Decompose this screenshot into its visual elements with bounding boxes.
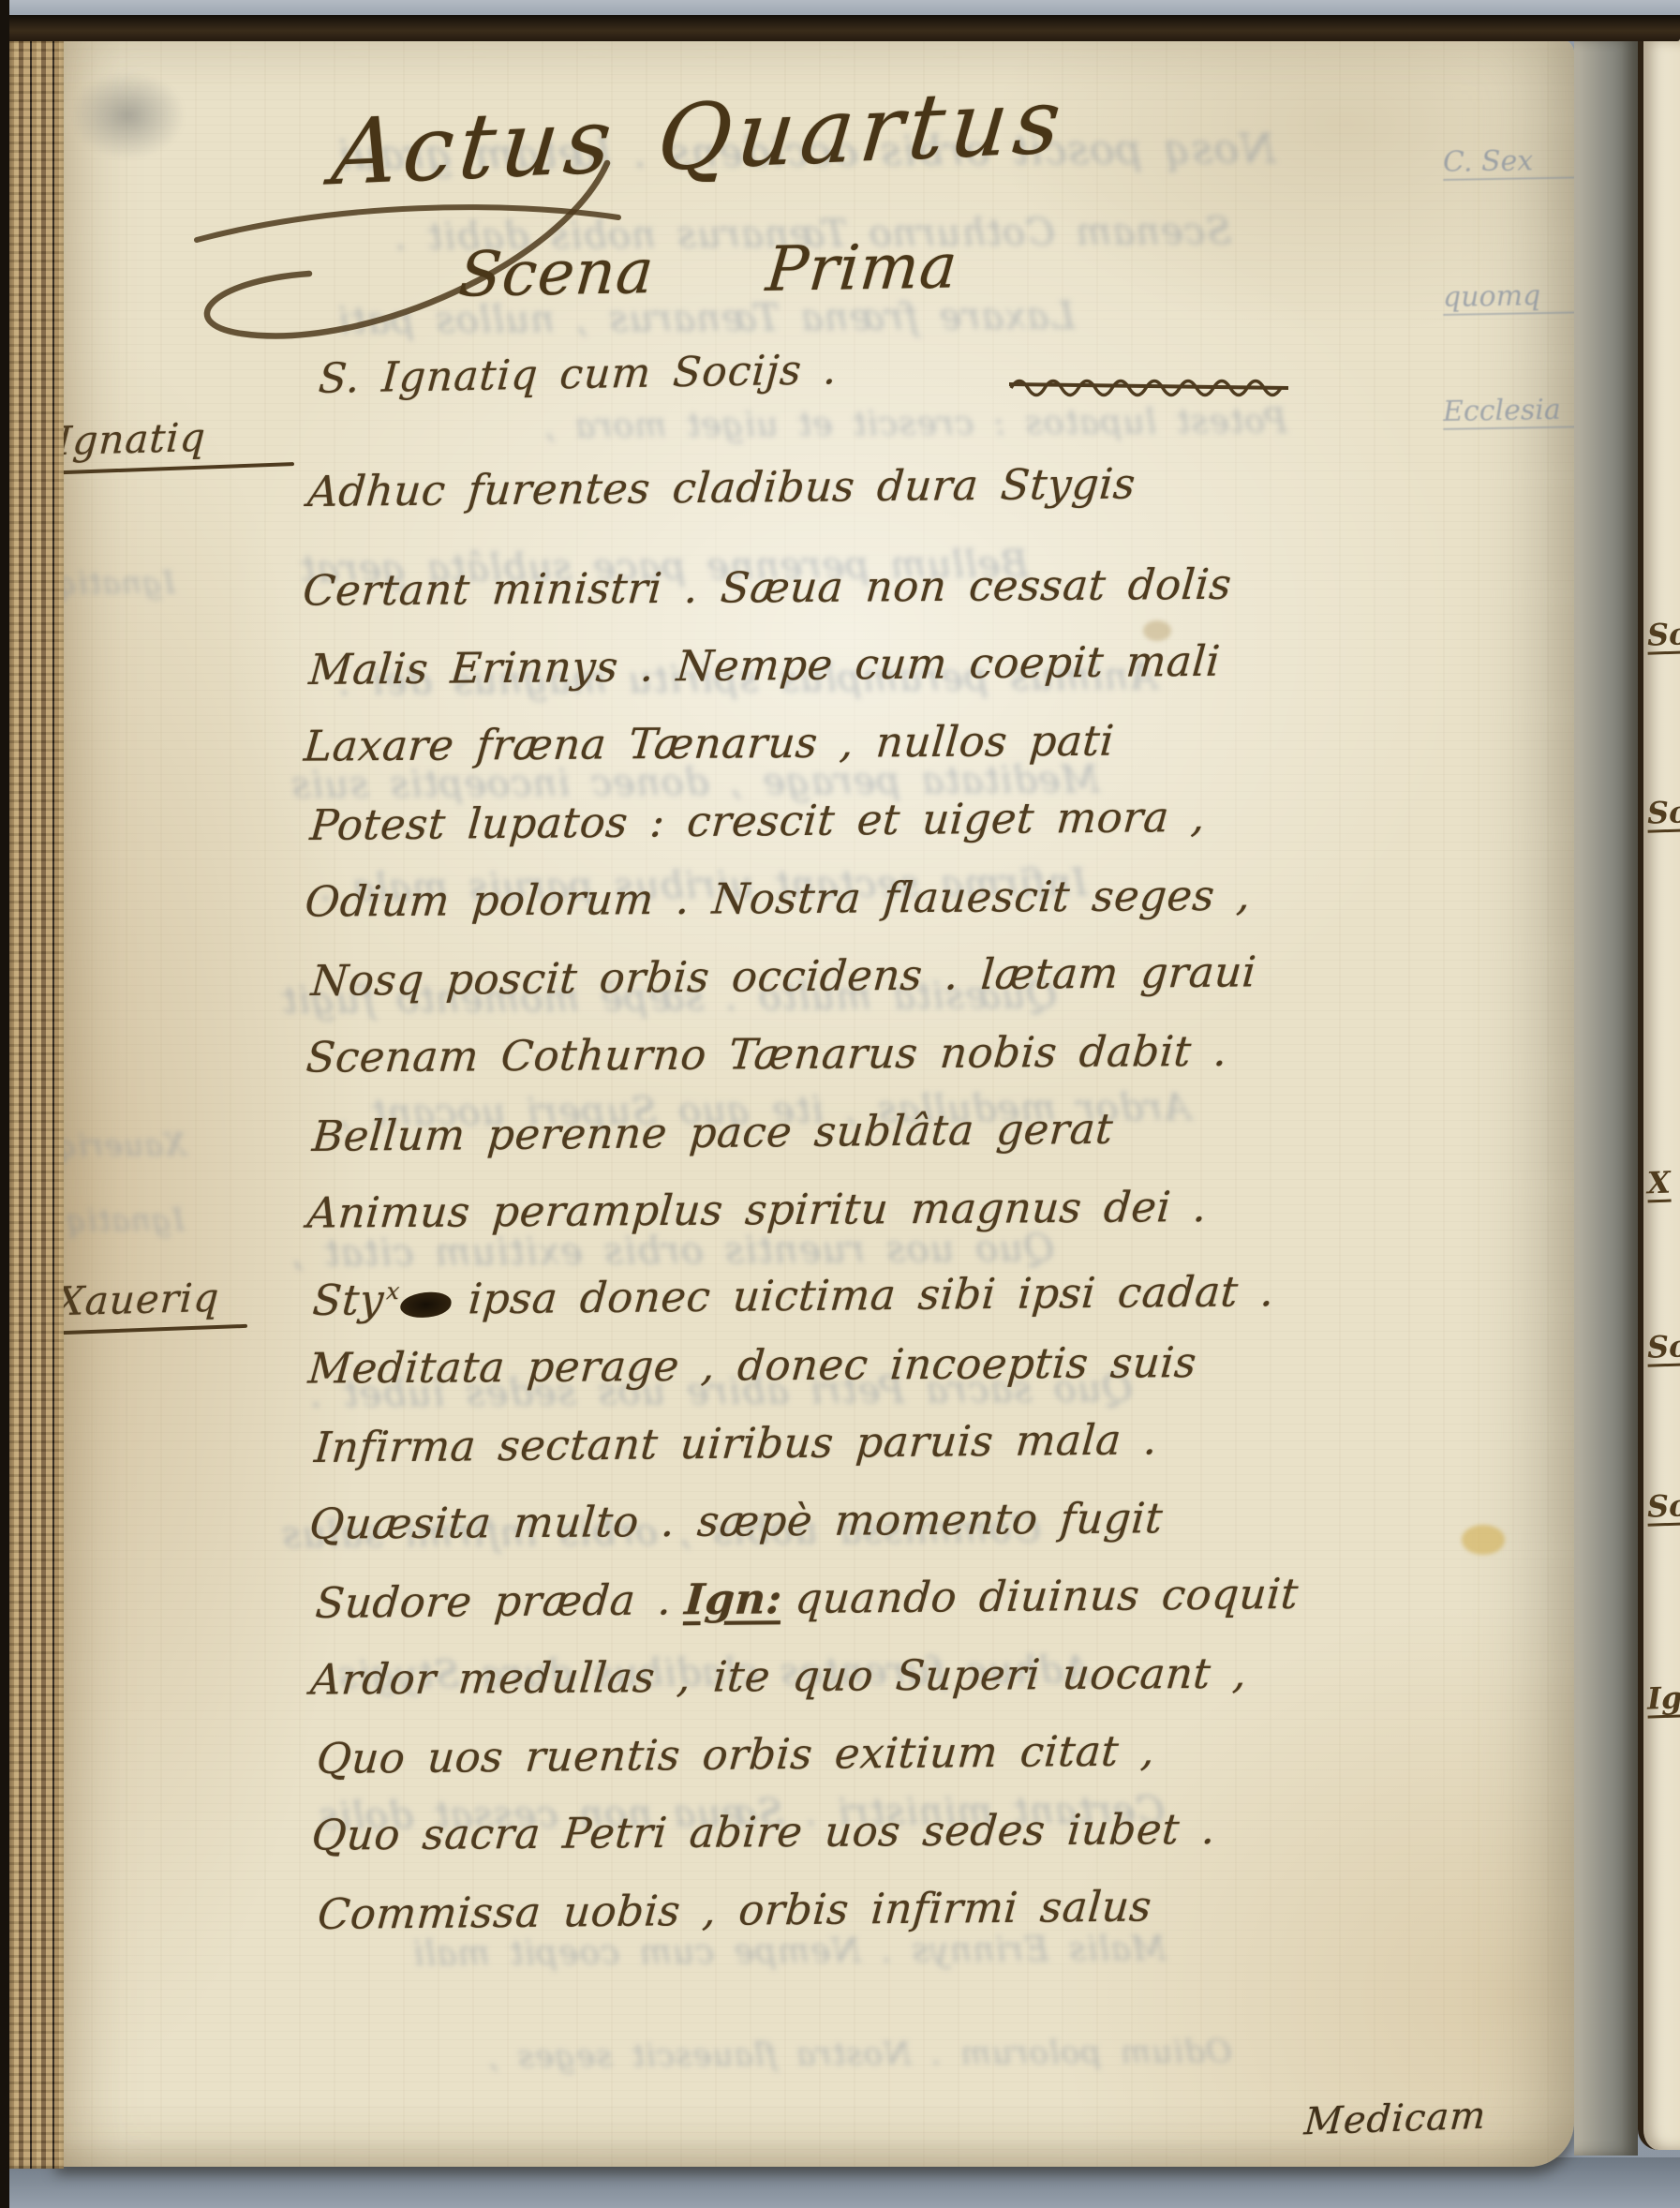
verse-line-text: Quæsita multo . sæpè momento fugit	[307, 1493, 1165, 1548]
showthrough-text: Potest lupatos : crescit et uiget mora ,	[543, 402, 1287, 446]
adjacent-margin-fragment: X	[1646, 1167, 1671, 1203]
verse-line-text: quando diuinus coquit	[794, 1569, 1301, 1623]
paper-stain	[1462, 1525, 1505, 1555]
margin-note-xavier: Xaueriq	[56, 1275, 221, 1325]
verse-line-text: Meditata perage , donec incoeptis suis	[306, 1337, 1198, 1394]
adjacent-margin-fragment: So	[1646, 796, 1680, 833]
verse-line-text: Quo uos ruentis orbis exitium citat ,	[315, 1725, 1157, 1783]
ink-blot	[400, 1292, 453, 1319]
adjacent-margin-fragment: So	[1646, 618, 1680, 655]
heading-gap	[652, 291, 765, 292]
adjacent-margin-fragment: Ig	[1646, 1681, 1680, 1718]
verse-line: Certant ministri . Sæua non cessat dolis	[300, 545, 1288, 629]
verse-line-text: ipsa donec uictima sibi ipsi cadat .	[467, 1266, 1276, 1323]
page-fold-shadow	[1574, 37, 1638, 2156]
manuscript-page: Nosq poscit orbis occidens . lætam graui…	[56, 39, 1574, 2167]
scene-word: Scena	[456, 235, 658, 311]
verse-line-text: Odium polorum . Nostra flauescit seges ,	[304, 871, 1253, 927]
binding-gutter	[7, 37, 64, 2169]
verse-line: Animus peramplus spiritu magnus dei .	[305, 1167, 1293, 1251]
scanned-manuscript-canvas: Nosq poscit orbis occidens . lætam graui…	[0, 0, 1680, 2208]
pencil-note: C. Sex	[1443, 142, 1574, 181]
showthrough-text: Odium polorum . Nostra flauescit seges ,	[487, 2033, 1232, 2076]
verse-line-styx: Styxipsa donec uictima sibi ipsi cadat .	[310, 1244, 1299, 1331]
inline-speaker-label: Ign:	[683, 1574, 784, 1624]
verse-line: Scenam Cothurno Tænarus nobis dabit .	[304, 1011, 1292, 1096]
verse-line-text: Certant ministri . Sæua non cessat dolis	[301, 559, 1233, 616]
verse-line: Quæsita multo . sæpè momento fugit	[306, 1478, 1295, 1562]
verse-line-speaker-change: Sudore præda .Ign:quando diuinus coquit	[313, 1555, 1301, 1642]
verse-line-text: Quo sacra Petri abire uos sedes iubet .	[310, 1804, 1218, 1860]
showthrough-text: Ignatiq	[66, 1201, 185, 1239]
struck-scribble	[1007, 369, 1298, 401]
book-top-edge	[0, 15, 1680, 41]
verse-line-text: Infirma sectant uiribus paruis mala .	[313, 1414, 1160, 1472]
verse-line: Commissa uobis , orbis infirmi salus	[315, 1866, 1303, 1953]
adjacent-margin-fragment: So	[1646, 1330, 1680, 1367]
verse-line-text: Sty	[311, 1275, 386, 1325]
verse-line-text: Laxare fræna Tænarus , nullos pati	[302, 716, 1116, 771]
verse-line-text: Sudore præda .	[314, 1574, 674, 1628]
margin-note-ignatius: Ignatiq	[56, 414, 207, 464]
verse-line: Odium polorum . Nostra flauescit seges ,	[302, 856, 1290, 940]
verse-line-text: Bellum perenne pace sublâta gerat	[310, 1104, 1115, 1161]
showthrough-text: Ignatiq	[56, 564, 175, 602]
verse-line: Malis Erinnys . Nempe cum coepit mali	[306, 621, 1295, 709]
verse-line: Quo uos ruentis orbis exitium citat ,	[314, 1710, 1302, 1798]
verse-line: Laxare fræna Tænarus , nullos pati	[301, 700, 1289, 784]
verse-line-text: Ardor medullas , ite quo Superi uocant ,	[308, 1649, 1249, 1705]
verse-line: Ardor medullas , ite quo Superi uocant ,	[307, 1634, 1296, 1718]
verse-line: Meditata perage , donec incoeptis suis	[305, 1322, 1294, 1407]
verse-block: Adhuc furentes cladibus dura Stygis Cert…	[302, 444, 1295, 1951]
adjacent-margin-fragment: So	[1646, 1489, 1680, 1527]
catchword: Medicam	[1302, 2095, 1487, 2144]
stage-direction: S. Ignatiq cum Socijs .	[317, 346, 839, 403]
showthrough-text: Xaueriq	[56, 1126, 186, 1164]
page-title: Actus Quartus	[328, 68, 1071, 206]
scene-heading: ScenaPrima	[456, 230, 961, 310]
pencil-note: Ecclesia	[1443, 392, 1574, 430]
adjacent-page-edge: So So X So So Ig	[1638, 39, 1680, 2150]
verse-line-text: Commissa uobis , orbis infirmi salus	[316, 1881, 1153, 1939]
verse-line-text: Scenam Cothurno Tænarus nobis dabit .	[305, 1026, 1229, 1082]
verse-line: Bellum perenne pace sublâta gerat	[309, 1088, 1298, 1175]
verse-line: Potest lupatos : crescit et uiget mora ,	[307, 777, 1296, 864]
verse-line-text: Adhuc furentes cladibus dura Stygis	[306, 459, 1137, 517]
verse-line-text: Potest lupatos : crescit et uiget mora ,	[308, 792, 1207, 850]
verse-line-text: Animus peramplus spiritu magnus dei .	[305, 1182, 1209, 1238]
verse-line: Infirma sectant uiribus paruis mala .	[311, 1399, 1300, 1486]
verse-line: Quo sacra Petri abire uos sedes iubet .	[308, 1789, 1297, 1873]
verse-line-text: Nosq poscit orbis occidens . lætam graui	[309, 947, 1258, 1006]
superscript-correction: x	[385, 1277, 401, 1305]
book-left-edge	[0, 0, 9, 2208]
pencil-note: quomq	[1443, 277, 1574, 316]
verse-line: Adhuc furentes cladibus dura Stygis	[305, 443, 1293, 530]
verse-line-text: Malis Erinnys . Nempe cum coepit mali	[307, 636, 1222, 694]
scene-number-word: Prima	[764, 230, 961, 306]
verse-line: Nosq poscit orbis occidens . lætam graui	[308, 932, 1297, 1020]
